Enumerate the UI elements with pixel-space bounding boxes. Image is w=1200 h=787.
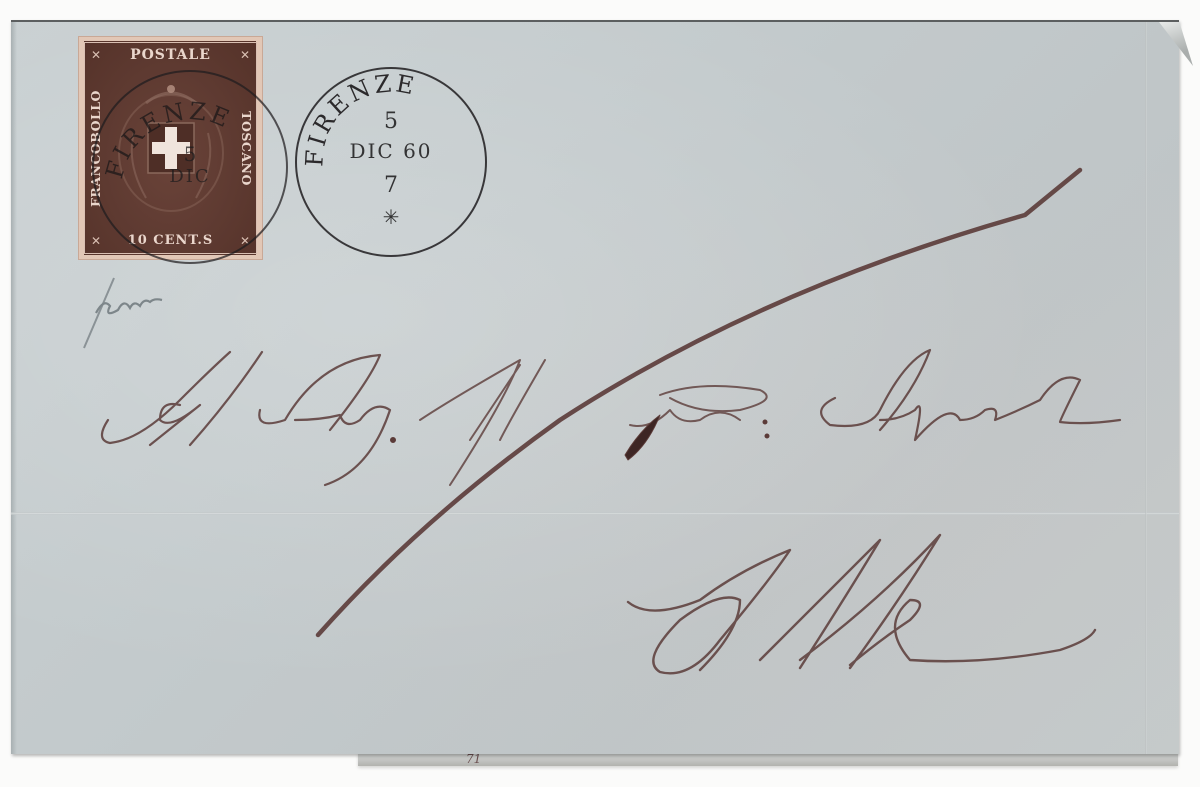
pencil-annotation (74, 268, 174, 358)
flap-pencil-mark: 71 (466, 752, 481, 766)
stamp-top-label: POSTALE (105, 45, 236, 65)
address-line-1: Al Sig. G.B. Watta: Schmied (0, 0, 1, 1)
postmark-month-year: DIC 60 (297, 139, 485, 163)
corner-ornament-icon: ✕ (236, 46, 254, 64)
postmark-day: 5 (94, 142, 286, 166)
postmark-firenze: FIRENZE 5 DIC 60 7 ✳ (295, 67, 487, 257)
horizontal-fold-crease (11, 512, 1179, 515)
postal-cover-photo: 71 ✕ ✕ ✕ ✕ POSTALE FRANCOBOLLO TOSCANO 1… (0, 0, 1200, 787)
postmark-time: 7 (297, 173, 485, 198)
address-line-2: Colle (0, 0, 1, 1)
postmark-month: DIC (94, 166, 286, 187)
folded-corner (1159, 22, 1193, 66)
postmark-ornament-icon: ✳ (297, 205, 485, 229)
underlying-flap: 71 (358, 752, 1178, 766)
postmark-day: 5 (297, 109, 485, 134)
postmark-on-stamp: FIRENZE 5 DIC (92, 70, 288, 264)
corner-ornament-icon: ✕ (87, 46, 105, 64)
vertical-fold-crease (1145, 22, 1147, 754)
pencil-note-text: g.b. (0, 0, 1, 1)
